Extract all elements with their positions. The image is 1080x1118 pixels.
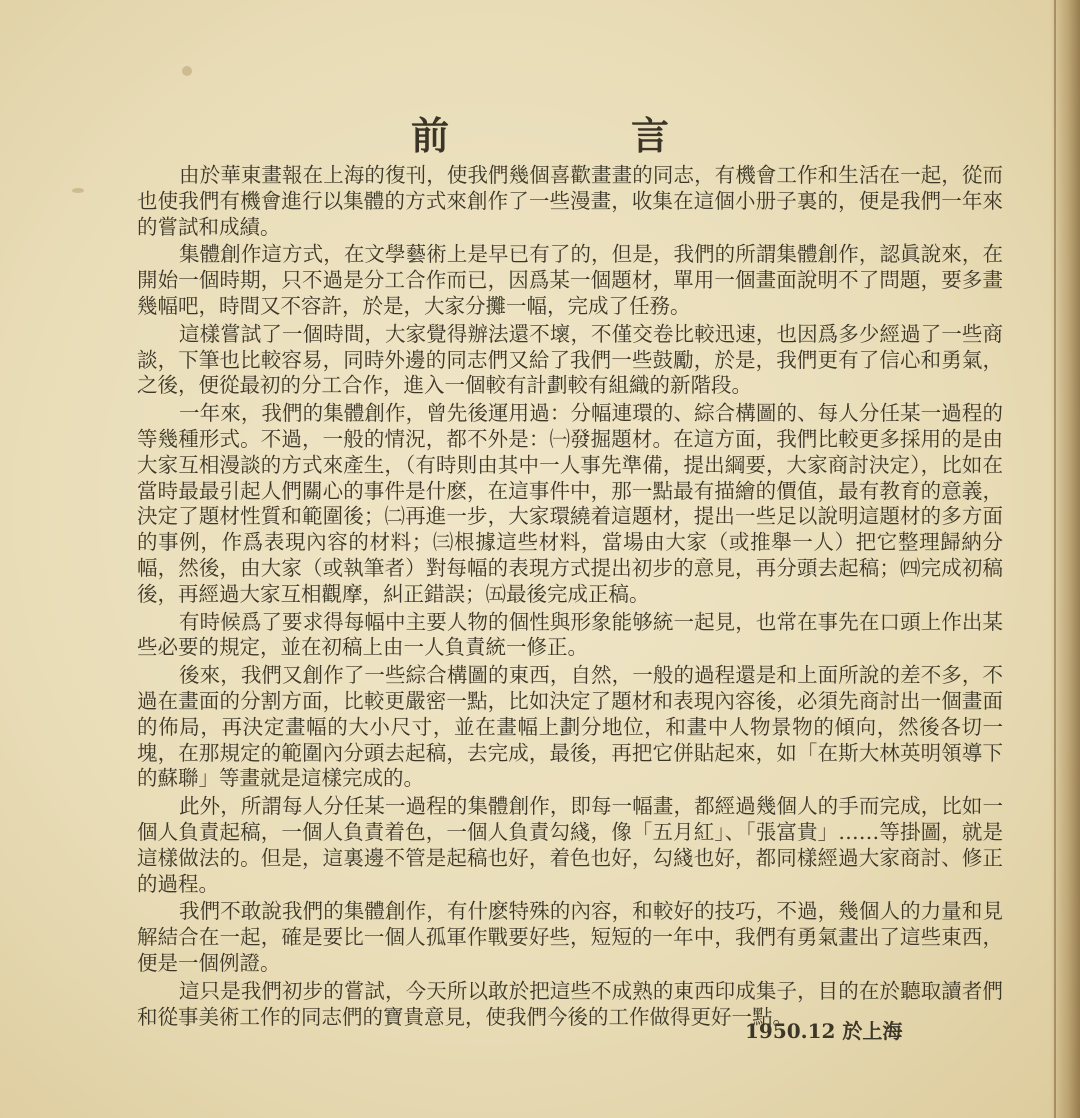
paragraph: 此外，所謂每人分任某一過程的集體創作，即每一幅畫，都經過幾個人的手而完成，比如一… bbox=[137, 794, 1003, 897]
preface-body: 由於華東畫報在上海的復刊，使我們幾個喜歡畫畫的同志，有機會工作和生活在一起，從而… bbox=[137, 163, 1003, 1032]
date-signature: 1950.12 於上海 bbox=[745, 1015, 902, 1044]
page-title: 前 言 bbox=[0, 105, 1080, 160]
paragraph: 由於華東畫報在上海的復刊，使我們幾個喜歡畫畫的同志，有機會工作和生活在一起，從而… bbox=[137, 163, 1003, 240]
paragraph: 這樣嘗試了一個時間，大家覺得辦法還不壞，不僅交卷比較迅速，也因爲多少經過了一些商… bbox=[137, 322, 1003, 399]
paragraph: 集體創作這方式，在文學藝術上是早已有了的，但是，我們的所謂集體創作，認眞說來，在… bbox=[137, 242, 1003, 319]
paragraph: 有時候爲了要求得每幅中主要人物的個性與形象能够統一起見，也常在事先在口頭上作出某… bbox=[137, 610, 1003, 662]
scanned-page: 前 言 由於華東畫報在上海的復刊，使我們幾個喜歡畫畫的同志，有機會工作和生活在一… bbox=[0, 0, 1080, 1118]
paper-stain bbox=[72, 188, 84, 193]
paper-stain bbox=[182, 66, 192, 76]
paragraph: 我們不敢說我們的集體創作，有什麽特殊的內容，和較好的技巧，不過，幾個人的力量和見… bbox=[137, 899, 1003, 976]
paragraph: 後來，我們又創作了一些綜合構圖的東西，自然，一般的過程還是和上面所說的差不多，不… bbox=[137, 663, 1003, 792]
paragraph: 一年來，我們的集體創作，曾先後運用過：分幅連環的、綜合構圖的、每人分任某一過程的… bbox=[137, 401, 1003, 607]
page-fold-line bbox=[1054, 0, 1056, 1118]
